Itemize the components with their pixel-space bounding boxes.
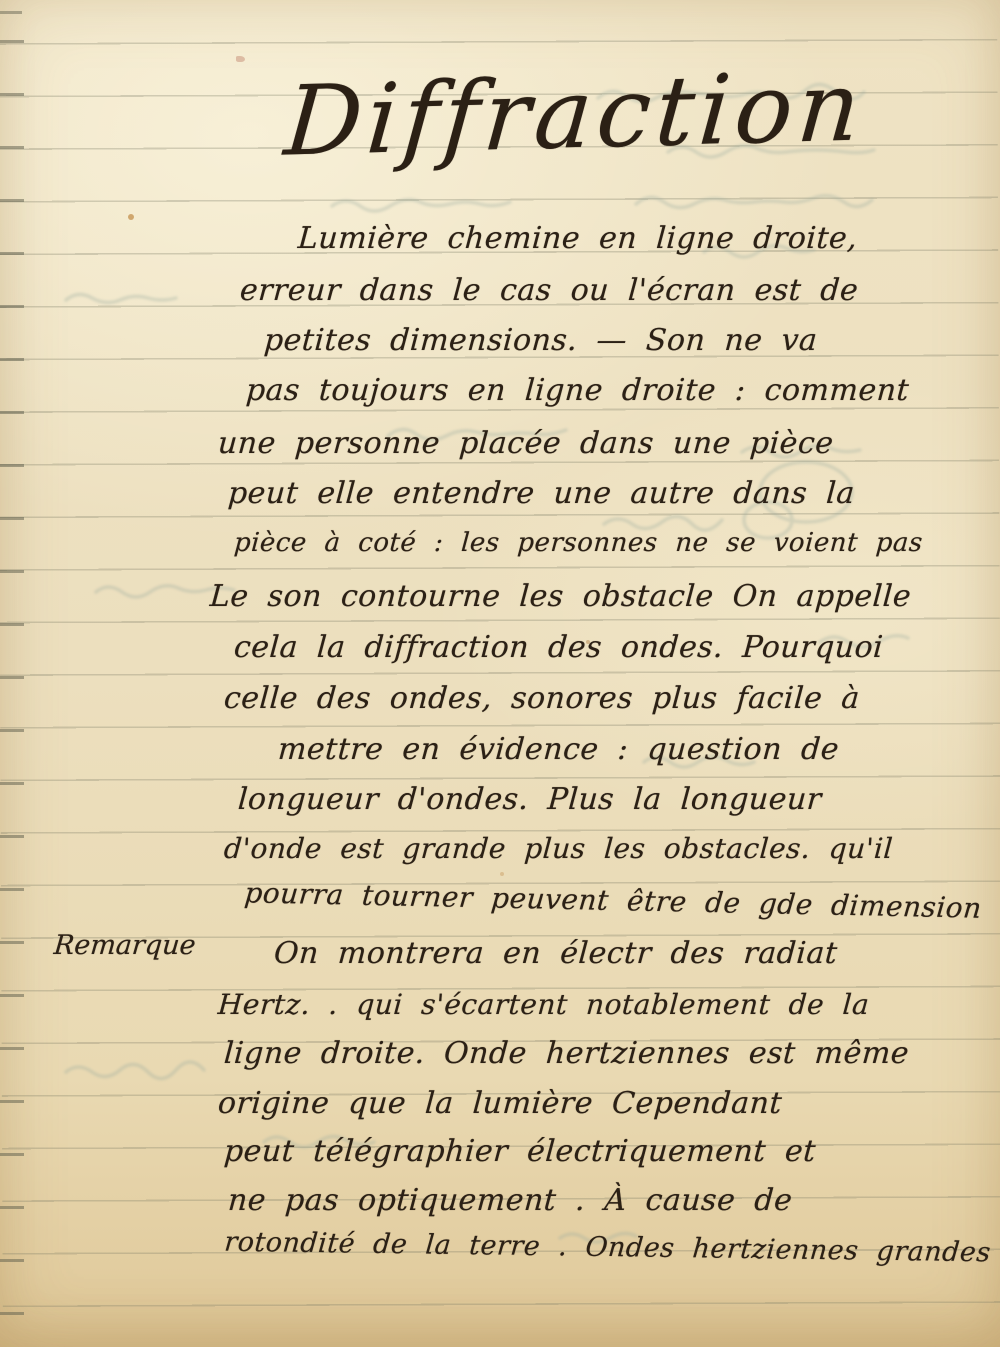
manuscript-line: pourra tourner peuvent être de gde dimen… bbox=[243, 876, 983, 924]
manuscript-line: longueur d'ondes. Plus la longueur bbox=[237, 782, 823, 817]
manuscript-line: Hertz. . qui s'écartent notablement de l… bbox=[217, 988, 871, 1021]
manuscript-line: rotondité de la terre . Ondes hertzienne… bbox=[223, 1227, 992, 1269]
manuscript-line: On montrera en électr des radiat bbox=[273, 936, 839, 971]
margin-note: Remarque bbox=[53, 930, 197, 961]
manuscript-line: pas toujours en ligne droite : comment bbox=[245, 373, 911, 408]
foxing-speck bbox=[500, 872, 504, 876]
manuscript-line: peut elle entendre une autre dans la bbox=[227, 476, 856, 511]
manuscript-line: erreur dans le cas ou l'écran est de bbox=[239, 273, 860, 308]
manuscript-line: peut télégraphier électriquement et bbox=[223, 1134, 817, 1169]
foxing-speck bbox=[236, 56, 245, 62]
manuscript-line: origine que la lumière Cependant bbox=[217, 1086, 783, 1121]
notebook-page: Diffraction Remarque Lumière chemine en … bbox=[0, 0, 1000, 1347]
manuscript-line: celle des ondes, sonores plus facile à bbox=[223, 681, 861, 716]
page-title: Diffraction bbox=[146, 47, 1000, 182]
ruled-line-edge-mark-top bbox=[0, 11, 22, 14]
manuscript-line: une personne placée dans une pièce bbox=[217, 426, 835, 461]
manuscript-line: ligne droite. Onde hertziennes est même bbox=[223, 1036, 911, 1071]
ruled-line-edge-marks bbox=[0, 0, 24, 1347]
manuscript-line: d'onde est grande plus les obstacles. qu… bbox=[223, 832, 894, 865]
manuscript-line: Lumière chemine en ligne droite, bbox=[297, 221, 859, 256]
manuscript-line: cela la diffraction des ondes. Pourquoi bbox=[233, 630, 885, 665]
manuscript-line: ne pas optiquement . À cause de bbox=[227, 1183, 794, 1218]
manuscript-line: Le son contourne les obstacle On appelle bbox=[209, 579, 913, 614]
foxing-speck bbox=[128, 214, 134, 220]
manuscript-line: petites dimensions. — Son ne va bbox=[263, 323, 819, 358]
manuscript-line: mettre en évidence : question de bbox=[277, 732, 841, 767]
manuscript-line: pièce à coté : les personnes ne se voien… bbox=[233, 528, 924, 558]
